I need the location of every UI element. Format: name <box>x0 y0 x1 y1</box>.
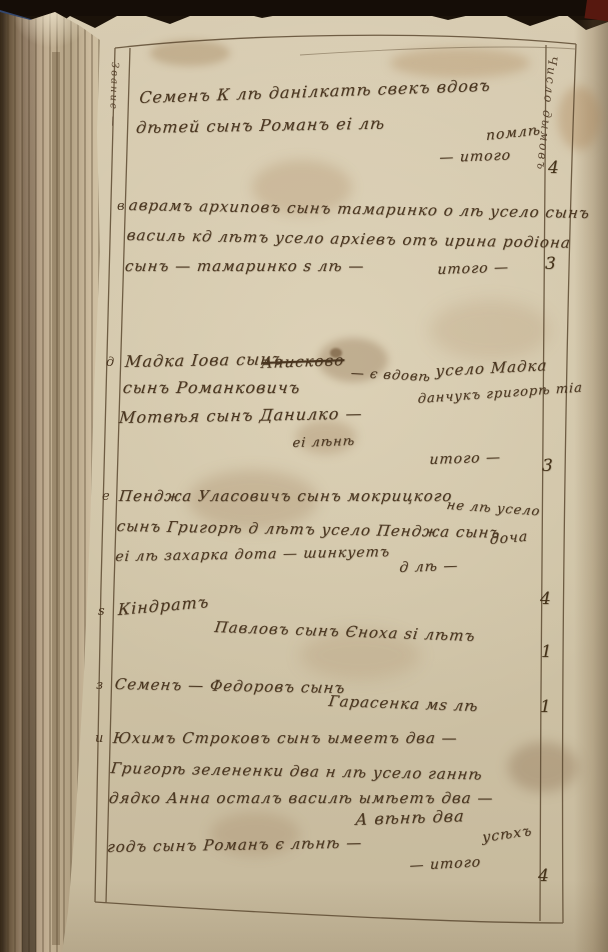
handwritten-line: дядко Анна осталъ василѣ ымѣетъ два — <box>108 789 494 807</box>
binding-corner-patch <box>584 0 608 22</box>
handwritten-line: еі лѣнѣ <box>292 434 356 451</box>
top-border-double-line <box>300 47 575 55</box>
handwritten-line: Анисково <box>261 351 345 372</box>
handwritten-line: Юхимъ Строковъ сынъ ымеетъ два — <box>112 729 459 747</box>
handwritten-line: итого — <box>437 259 510 278</box>
household-total-number: 4 <box>538 866 549 886</box>
handwritten-line: А вѣнѣ два <box>355 806 466 829</box>
handwritten-line: итого — <box>429 449 502 468</box>
margin-entry-marker: е <box>102 489 110 504</box>
handwritten-line: доча <box>490 529 528 548</box>
margin-entry-marker: з <box>96 678 103 693</box>
handwritten-line: сынъ — тамаринко ѕ лѣ — <box>124 257 365 275</box>
household-total-number: 4 <box>548 158 559 178</box>
left-column-vertical-header: Звание — <box>107 62 120 128</box>
household-total-number: 3 <box>545 254 556 274</box>
household-total-number: 3 <box>542 456 553 476</box>
household-total-number: 1 <box>540 697 551 717</box>
handwritten-line: — итого <box>439 147 512 166</box>
bottom-border-line <box>95 902 563 923</box>
margin-entry-marker: ѕ <box>98 604 105 619</box>
manuscript-photo: Звание — Число дымовъ вдеѕзи Семенъ К лѣ… <box>0 0 608 952</box>
handwritten-line: сынъ Романковичъ <box>122 378 301 397</box>
background-top-band <box>0 0 608 16</box>
right-outer-line <box>563 44 576 923</box>
margin-entry-marker: д <box>106 355 114 370</box>
fore-edge-streak <box>22 12 36 952</box>
handwritten-line: Пенджа Уласовичъ сынъ мокрицкого <box>118 487 453 505</box>
household-total-number: 4 <box>540 589 551 609</box>
handwritten-line: д лѣ — <box>399 558 459 576</box>
household-total-number: 1 <box>541 642 552 662</box>
top-border-line <box>115 35 576 48</box>
margin-entry-marker: и <box>95 731 103 746</box>
right-inner-line <box>540 45 546 921</box>
margin-entry-marker: в <box>117 199 125 214</box>
fore-edge-streak <box>52 52 60 945</box>
